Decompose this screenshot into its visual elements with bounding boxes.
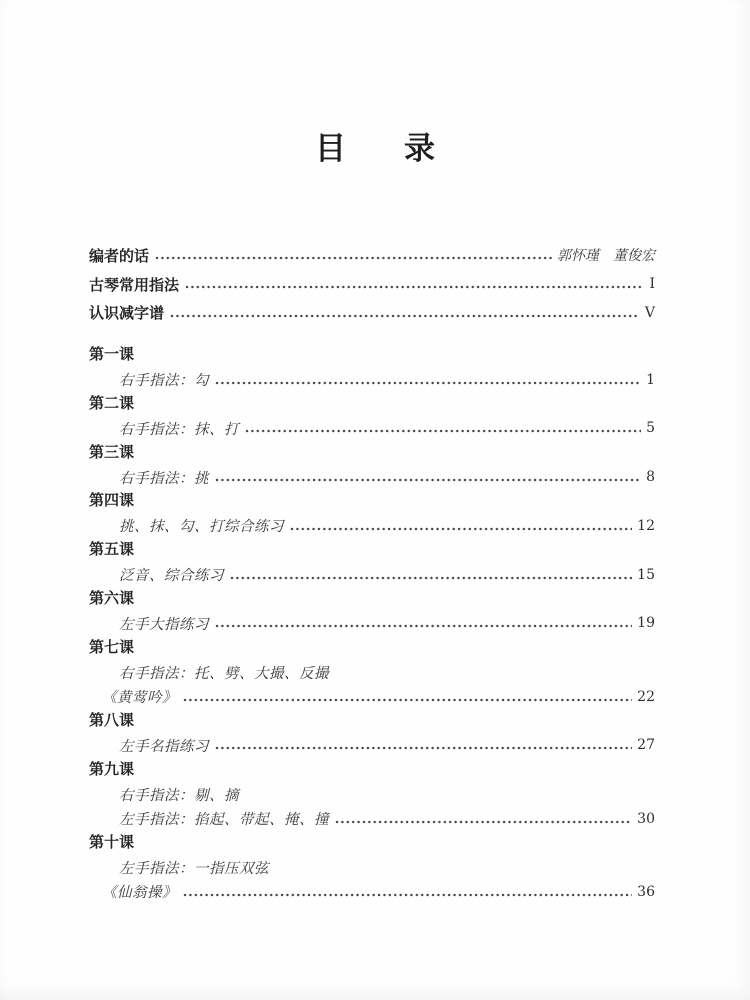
dot-leader <box>290 527 632 531</box>
page-number: 1 <box>646 372 655 388</box>
toc-row: 右手指法：勾1 <box>89 367 655 391</box>
page-number: 30 <box>637 811 655 827</box>
toc-entry-label: 左手指法：一指压双弦 <box>119 857 269 878</box>
dot-leader <box>230 576 632 580</box>
dot-leader <box>185 285 642 289</box>
page-number: 15 <box>637 567 655 583</box>
toc-entry-label: 左手名指练习 <box>119 735 209 756</box>
toc-entry-label: 古琴常用指法 <box>89 274 179 295</box>
toc-entry-label: 左手指法：掐起、带起、掩、撞 <box>119 808 329 829</box>
page-number: 8 <box>646 469 655 485</box>
toc-row: 认识减字谱V <box>89 299 655 328</box>
toc-entry-label: 右手指法：抹、打 <box>119 418 239 439</box>
page-number: 5 <box>646 420 655 436</box>
dot-leader <box>155 256 552 260</box>
page-number: V <box>643 305 655 321</box>
lesson-title: 第六课 <box>89 587 655 611</box>
lesson-title: 第一课 <box>89 343 655 367</box>
toc-row: 泛音、综合练习15 <box>89 563 655 587</box>
toc-row: 编者的话郭怀瑾 董俊宏 <box>89 241 655 270</box>
toc-row: 左手名指练习27 <box>89 733 655 757</box>
page-number: 22 <box>637 689 655 705</box>
toc-row: 《仙翁操》36 <box>89 880 655 904</box>
lesson-title: 第四课 <box>89 489 655 513</box>
dot-leader <box>215 381 641 385</box>
toc-entry-label: 右手指法：托、劈、大撮、反撮 <box>119 662 329 683</box>
lesson-title: 第九课 <box>89 758 655 782</box>
toc-entry-label: 认识减字谱 <box>89 302 164 323</box>
toc-row: 右手指法：挑8 <box>89 465 655 489</box>
toc-entry-label: 左手大指练习 <box>119 613 209 634</box>
lesson-title: 第七课 <box>89 636 655 660</box>
dot-leader <box>183 893 632 897</box>
page-number: 36 <box>637 884 655 900</box>
toc-entry-label: 泛音、综合练习 <box>119 564 224 585</box>
page-number: 27 <box>637 737 655 753</box>
lesson-title: 第二课 <box>89 392 655 416</box>
lesson-title: 第五课 <box>89 538 655 562</box>
lesson-title: 第三课 <box>89 441 655 465</box>
front-matter-list: 编者的话郭怀瑾 董俊宏古琴常用指法I认识减字谱V <box>89 241 655 327</box>
page-number: I <box>647 276 655 292</box>
lesson-title: 第十课 <box>89 831 655 855</box>
toc-row: 挑、抹、勾、打综合练习12 <box>89 514 655 538</box>
dot-leader <box>245 429 641 433</box>
toc-row: 古琴常用指法I <box>89 270 655 299</box>
toc-entry-label: 右手指法：勾 <box>119 369 209 390</box>
page-number: 19 <box>637 615 655 631</box>
toc-row: 左手大指练习19 <box>89 611 655 635</box>
toc-entry-label: 右手指法：剔、摘 <box>119 784 239 805</box>
dot-leader <box>215 478 641 482</box>
lessons-list: 第一课右手指法：勾1第二课右手指法：抹、打5第三课右手指法：挑8第四课挑、抹、勾… <box>89 343 655 904</box>
page-number: 12 <box>637 518 655 534</box>
dot-leader <box>170 314 638 318</box>
piece-title: 《仙翁操》 <box>102 881 177 902</box>
toc-row: 左手指法：掐起、带起、掩、撞30 <box>89 806 655 830</box>
authors-names: 郭怀瑾 董俊宏 <box>557 245 655 265</box>
toc-row: 右手指法：托、劈、大撮、反撮 <box>89 660 655 684</box>
toc-entry-label: 挑、抹、勾、打综合练习 <box>119 515 284 536</box>
page-title-char-2: 录 <box>404 128 435 170</box>
toc-row: 《黄莺吟》22 <box>89 684 655 708</box>
dot-leader <box>335 820 632 824</box>
piece-title: 《黄莺吟》 <box>102 686 177 707</box>
dot-leader <box>215 624 632 628</box>
toc-entry-label: 编者的话 <box>89 245 149 266</box>
page-title-char-1: 目 <box>315 128 346 170</box>
lesson-title: 第八课 <box>89 709 655 733</box>
page-title: 目录 <box>0 128 750 170</box>
dot-leader <box>215 746 632 750</box>
toc-page: 目录 编者的话郭怀瑾 董俊宏古琴常用指法I认识减字谱V 第一课右手指法：勾1第二… <box>0 0 750 1000</box>
toc-row: 左手指法：一指压双弦 <box>89 855 655 879</box>
toc-row: 右手指法：抹、打5 <box>89 416 655 440</box>
dot-leader <box>183 698 632 702</box>
toc-entry-label: 右手指法：挑 <box>119 467 209 488</box>
toc-row: 右手指法：剔、摘 <box>89 782 655 806</box>
